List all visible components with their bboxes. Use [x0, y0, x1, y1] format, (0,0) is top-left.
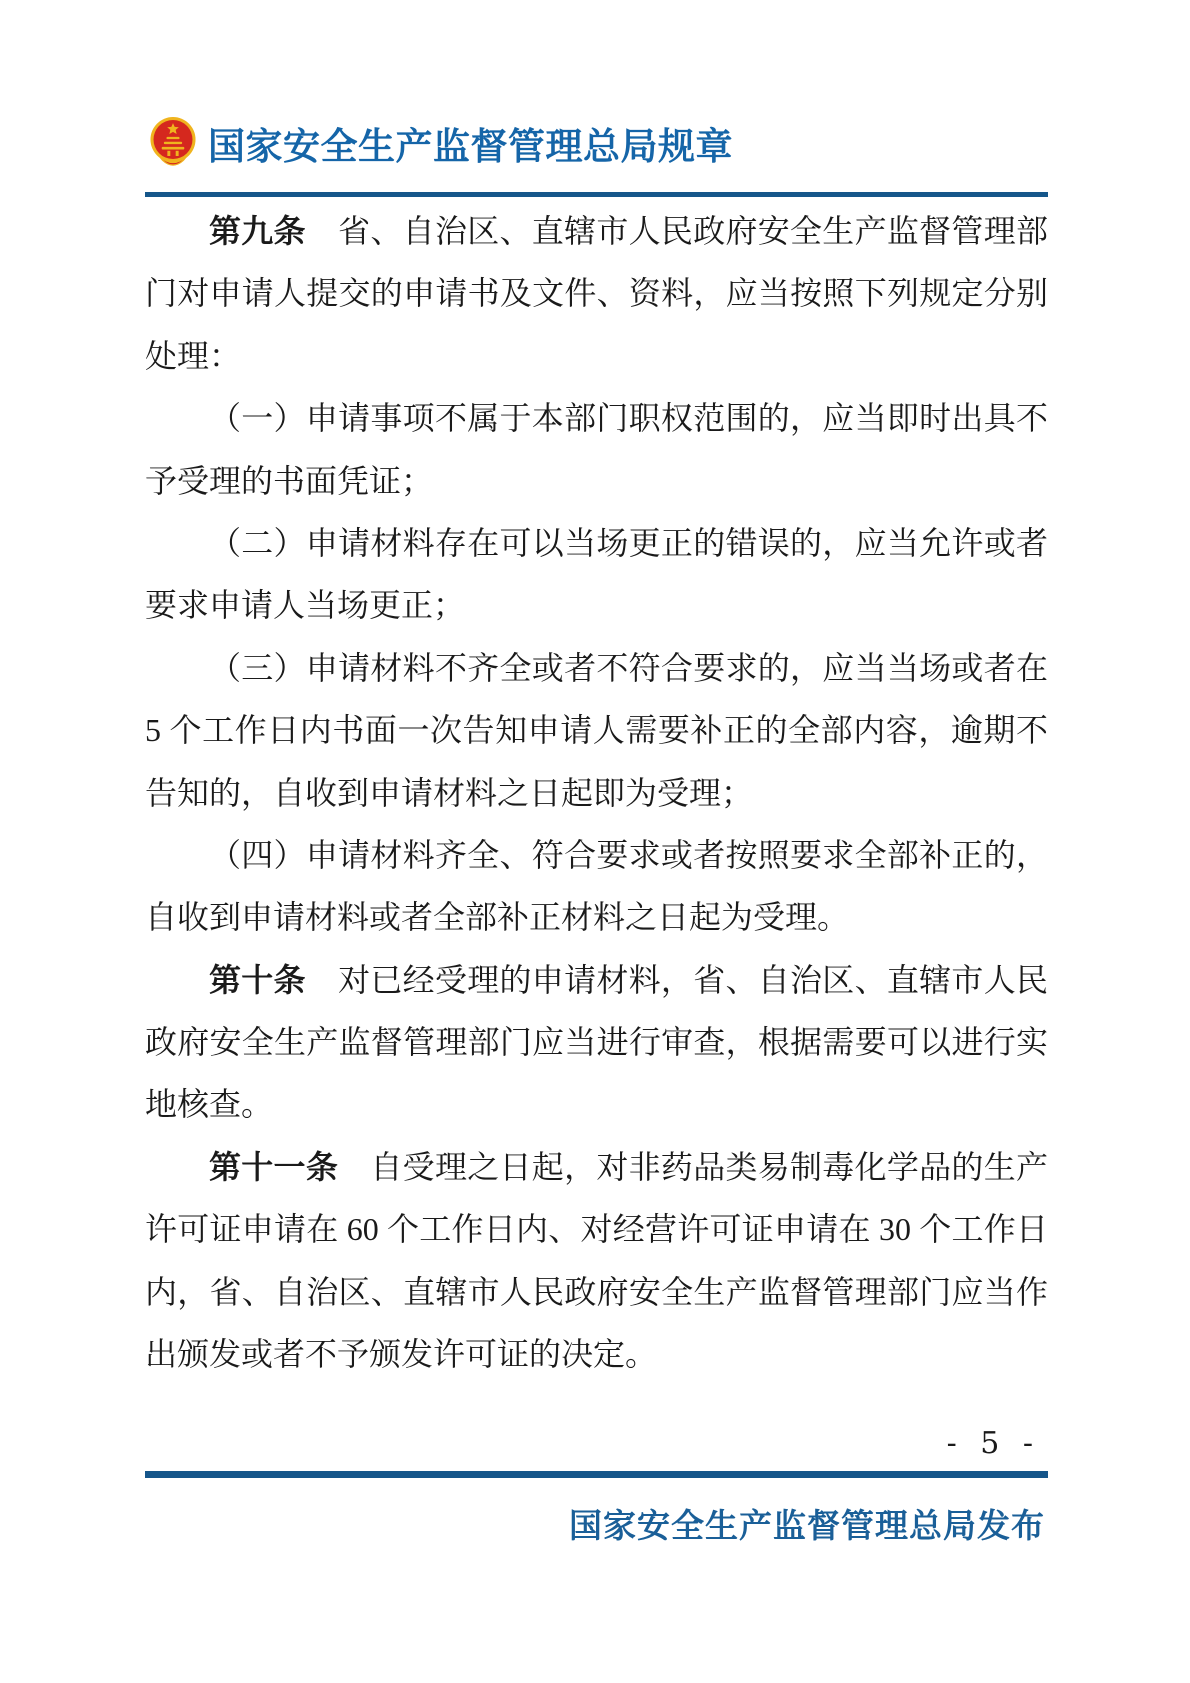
text-line: 自收到申请材料或者全部补正材料之日起为受理。 [145, 886, 1048, 948]
article-number: 第九条 [209, 213, 306, 249]
line-text: 处理： [145, 338, 241, 374]
document-page: 国家安全生产监督管理总局规章 第九条 省、自治区、直辖市人民政府安全生产监督管理… [0, 0, 1190, 1683]
text-line: 要求申请人当场更正； [145, 574, 1048, 636]
document-body: 第九条 省、自治区、直辖市人民政府安全生产监督管理部门对申请人提交的申请书及文件… [145, 200, 1048, 1385]
line-text: 予受理的书面凭证； [145, 463, 433, 499]
page-number: - 5 - [947, 1426, 1040, 1461]
text-line: 许可证申请在 60 个工作日内、对经营许可证申请在 30 个工作日 [145, 1198, 1048, 1260]
text-line: 予受理的书面凭证； [145, 450, 1048, 512]
text-line: 第十条 对已经受理的申请材料，省、自治区、直辖市人民 [145, 949, 1048, 1011]
line-text: 自收到申请材料或者全部补正材料之日起为受理。 [145, 899, 849, 935]
text-line: 地核查。 [145, 1073, 1048, 1135]
text-line: （三）申请材料不齐全或者不符合要求的，应当当场或者在 [145, 637, 1048, 699]
line-text: 5 个工作日内书面一次告知申请人需要补正的全部内容，逾期不 [145, 712, 1048, 748]
line-text: 许可证申请在 60 个工作日内、对经营许可证申请在 30 个工作日 [145, 1211, 1048, 1247]
line-text: （四）申请材料齐全、符合要求或者按照要求全部补正的， [209, 837, 1048, 873]
document-header: 国家安全生产监督管理总局规章 [147, 112, 1050, 174]
line-text: 要求申请人当场更正； [145, 587, 465, 623]
article-number: 第十一条 [209, 1149, 338, 1185]
text-line: 第十一条 自受理之日起，对非药品类易制毒化学品的生产 [145, 1136, 1048, 1198]
text-line: 门对申请人提交的申请书及文件、资料，应当按照下列规定分别 [145, 262, 1048, 324]
line-text: 省、自治区、直辖市人民政府安全生产监督管理部 [306, 213, 1048, 249]
line-text: 地核查。 [145, 1086, 273, 1122]
text-line: （四）申请材料齐全、符合要求或者按照要求全部补正的， [145, 824, 1048, 886]
text-line: （二）申请材料存在可以当场更正的错误的，应当允许或者 [145, 512, 1048, 574]
line-text: （二）申请材料存在可以当场更正的错误的，应当允许或者 [209, 525, 1048, 561]
header-title: 国家安全生产监督管理总局规章 [208, 116, 733, 170]
line-text: （三）申请材料不齐全或者不符合要求的，应当当场或者在 [209, 650, 1048, 686]
line-text: 政府安全生产监督管理部门应当进行审查，根据需要可以进行实 [145, 1024, 1048, 1060]
footer-rule [145, 1471, 1048, 1478]
text-line: （一）申请事项不属于本部门职权范围的，应当即时出具不 [145, 387, 1048, 449]
line-text: 对已经受理的申请材料，省、自治区、直辖市人民 [306, 962, 1048, 998]
line-text: 出颁发或者不予颁发许可证的决定。 [145, 1336, 657, 1372]
header-rule [145, 192, 1048, 197]
text-line: 第九条 省、自治区、直辖市人民政府安全生产监督管理部 [145, 200, 1048, 262]
article-number: 第十条 [209, 962, 306, 998]
text-line: 内，省、自治区、直辖市人民政府安全生产监督管理部门应当作 [145, 1261, 1048, 1323]
text-line: 5 个工作日内书面一次告知申请人需要补正的全部内容，逾期不 [145, 699, 1048, 761]
line-text: 门对申请人提交的申请书及文件、资料，应当按照下列规定分别 [145, 275, 1048, 311]
text-line: 告知的，自收到申请材料之日起即为受理； [145, 762, 1048, 824]
line-text: （一）申请事项不属于本部门职权范围的，应当即时出具不 [209, 400, 1048, 436]
line-text: 自受理之日起，对非药品类易制毒化学品的生产 [338, 1149, 1048, 1185]
line-text: 内，省、自治区、直辖市人民政府安全生产监督管理部门应当作 [145, 1274, 1048, 1310]
text-line: 政府安全生产监督管理部门应当进行审查，根据需要可以进行实 [145, 1011, 1048, 1073]
text-line: 处理： [145, 325, 1048, 387]
text-line: 出颁发或者不予颁发许可证的决定。 [145, 1323, 1048, 1385]
national-emblem-icon [147, 115, 199, 171]
footer-publisher: 国家安全生产监督管理总局发布 [569, 1500, 1045, 1547]
line-text: 告知的，自收到申请材料之日起即为受理； [145, 775, 753, 811]
